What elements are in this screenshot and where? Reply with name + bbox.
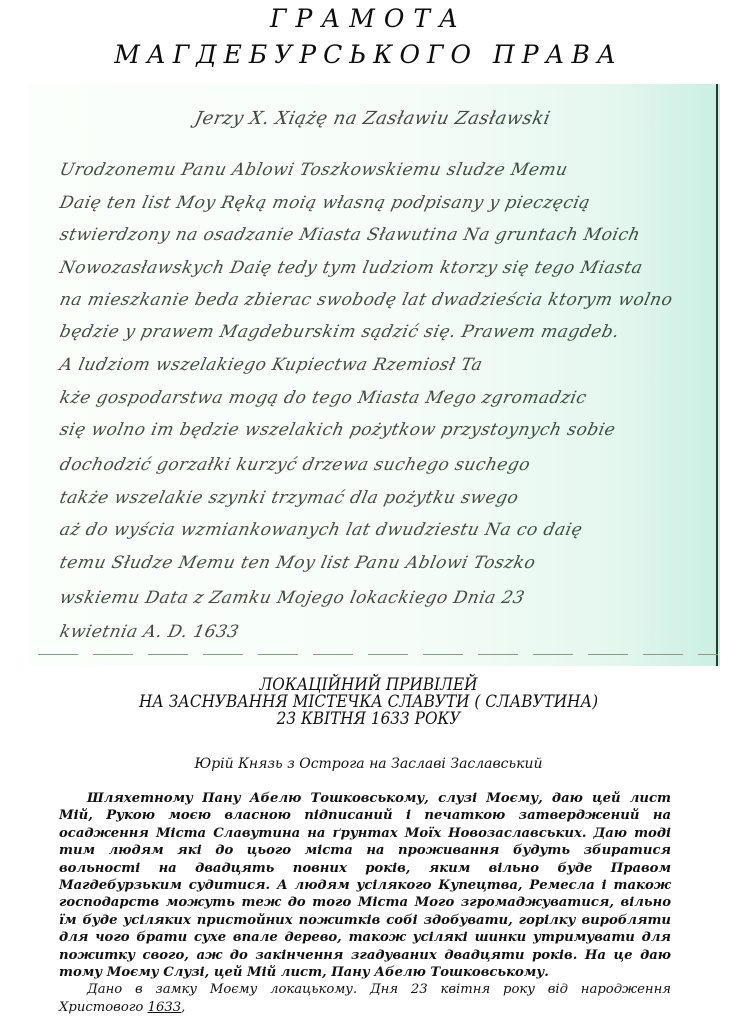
manuscript-border — [716, 84, 718, 666]
manuscript-line: kże gospodarstwa mogą do tego Miasta Meg… — [58, 388, 589, 408]
manuscript-line: będzie y prawem Magdeburskim sądzić się.… — [58, 322, 621, 342]
date-year: 1633 — [148, 1000, 182, 1015]
manuscript-line: Urodzonemu Panu Ablowi Toszkowskiemu slu… — [58, 160, 570, 180]
manuscript-line: także wszelakie szynki trzymać dla pożyt… — [58, 488, 521, 508]
manuscript-line: Nowozasławskych Daię tedy tym ludziom kt… — [58, 258, 645, 278]
manuscript-line: wskiemu Data z Zamku Mojego lokackiego D… — [58, 588, 527, 608]
translation-paragraph: Шляхетному Пану Абелю Тошковському, слуз… — [59, 790, 671, 981]
manuscript-line: kwietnia A. D. 1633 — [58, 622, 241, 642]
manuscript-line: Jerzy X. Xiążę na Zasławiu Zasławski — [193, 108, 553, 129]
document-title-line1: ГРАМОТА — [0, 4, 737, 33]
translation-date-line: Дано в замку Моєму локацькому. Дня 23 кв… — [59, 981, 671, 1016]
translation-text: Шляхетному Пану Абелю Тошковському, слуз… — [59, 790, 671, 1016]
manuscript-line: stwierdzony na osadzanie Miasta Sławutin… — [58, 225, 642, 245]
author-line: Юрій Князь з Острога на Заславі Заславсь… — [0, 756, 737, 772]
manuscript-line: dochodzić gorzałki kurzyć drzewa suchego… — [58, 455, 532, 475]
manuscript-line: aż do wyścia wzmiankowanych lat dwudzies… — [58, 520, 584, 540]
manuscript-line: temu Słudze Memu ten Moy list Panu Ablow… — [58, 553, 538, 573]
manuscript-bottom-rule — [38, 654, 718, 655]
date-suffix: , — [181, 1000, 185, 1015]
document-title-line2: МАГДЕБУРСЬКОГО ПРАВА — [0, 40, 737, 69]
manuscript-line: na mieszkanie beda zbierac swobodę lat d… — [58, 290, 675, 310]
manuscript-line: A ludziom wszelakiego Kupiectwa Rzemiosł… — [58, 355, 485, 375]
privilege-title-line3: 23 КВІТНЯ 1633 РОКУ — [37, 711, 700, 728]
manuscript-line: się wolno im będzie wszelakich pożytkow … — [58, 420, 618, 440]
manuscript-line: Daię ten list Moy Ręką moią własną podpi… — [58, 193, 592, 213]
